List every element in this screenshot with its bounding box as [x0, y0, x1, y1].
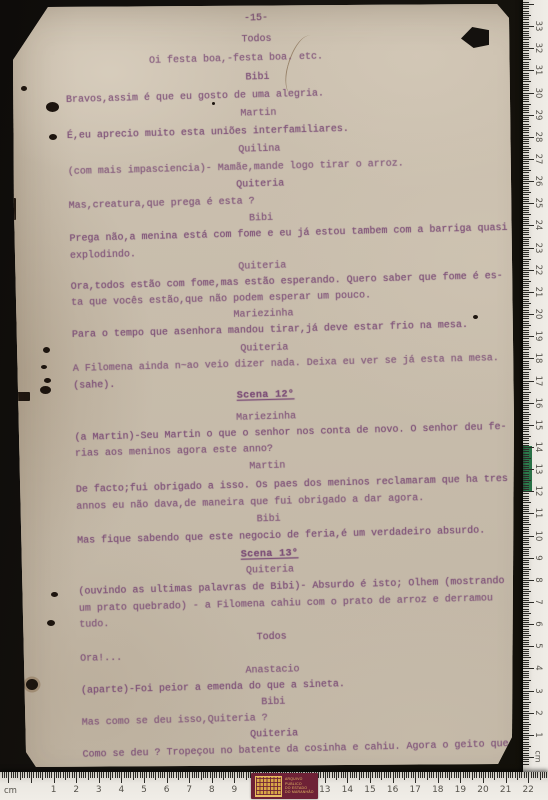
ruler-tick: [523, 553, 529, 554]
ruler-unit-label: cm: [534, 750, 543, 764]
ruler-tick: [523, 206, 529, 207]
ruler-tick: [476, 772, 477, 778]
ruler-tick: [523, 582, 529, 583]
ruler-tick: [523, 722, 529, 723]
ruler-tick: [404, 772, 405, 780]
ruler-tick: [537, 772, 538, 778]
ruler-tick: [481, 772, 482, 778]
ruler-tick: [523, 482, 529, 483]
ruler-tick: [210, 772, 211, 778]
ruler-tick: [523, 496, 529, 497]
ruler-tick: [523, 753, 529, 754]
ruler-tick: [523, 101, 529, 102]
ruler-number: 31: [533, 63, 543, 77]
ruler-tick: [523, 55, 529, 56]
ruler-tick: [523, 516, 529, 517]
ruler-tick: [393, 772, 394, 783]
punch-hole: [26, 679, 38, 690]
ruler-tick: [386, 772, 387, 778]
ruler-number: 3: [91, 785, 107, 795]
ruler-tick: [413, 772, 414, 778]
ruler-tick: [160, 772, 161, 778]
ruler-tick: [424, 772, 425, 778]
ink-spot: [212, 102, 215, 105]
ruler-tick: [88, 772, 89, 780]
ruler-tick: [440, 772, 441, 778]
ruler-tick: [6, 772, 7, 778]
ruler-tick: [33, 772, 34, 778]
ruler-tick: [169, 772, 170, 778]
ruler-tick: [2, 772, 3, 778]
ruler-tick: [523, 155, 529, 156]
ruler-tick: [510, 772, 511, 778]
ruler-tick: [408, 772, 409, 778]
ruler-tick: [130, 772, 131, 778]
ruler-tick: [523, 201, 529, 202]
ruler-tick: [332, 772, 333, 778]
ruler-tick: [338, 772, 339, 778]
ruler-tick: [343, 772, 344, 778]
ruler-tick: [101, 772, 102, 778]
ruler-tick: [523, 551, 529, 552]
ruler-number: 6: [533, 617, 543, 631]
ruler-tick: [167, 772, 168, 783]
ruler-tick: [523, 750, 529, 751]
ruler-tick: [187, 772, 188, 778]
ruler-tick: [523, 361, 529, 362]
ruler-tick: [523, 230, 529, 231]
ruler-tick: [523, 611, 529, 612]
ruler-tick: [523, 190, 529, 191]
ruler-number: 22: [533, 263, 543, 277]
ruler-tick: [467, 772, 468, 778]
ruler-tick: [523, 471, 529, 472]
ruler-tick: [523, 405, 529, 406]
ruler-tick: [523, 604, 529, 605]
ruler-tick: [523, 711, 529, 712]
ruler-tick: [523, 312, 529, 313]
ruler-tick: [523, 283, 529, 284]
ruler-number: 30: [533, 86, 543, 100]
ruler-tick: [460, 772, 461, 783]
ruler-tick: [523, 143, 529, 144]
ruler-tick: [523, 332, 529, 333]
ruler-tick: [523, 531, 529, 532]
ruler-tick: [49, 772, 50, 778]
ruler-tick: [523, 431, 529, 432]
ruler-tick: [523, 265, 529, 266]
ruler-tick: [523, 742, 529, 743]
ruler-tick: [523, 168, 529, 169]
ruler-tick: [523, 354, 529, 355]
ruler-tick: [171, 772, 172, 778]
ruler-number: 9: [533, 551, 543, 565]
ruler-tick: [523, 170, 531, 171]
ruler-tick: [523, 615, 529, 616]
ruler-tick: [15, 772, 16, 778]
ruler-tick: [523, 104, 531, 105]
ruler-tick: [523, 46, 529, 47]
ruler-tick: [194, 772, 195, 778]
ruler-tick: [523, 210, 529, 211]
ruler-tick: [142, 772, 143, 778]
ruler-tick: [523, 250, 529, 251]
ruler-tick: [523, 567, 529, 568]
ink-spot: [40, 386, 51, 394]
ruler-tick: [38, 772, 39, 778]
ruler-tick: [523, 708, 529, 709]
ruler-tick: [472, 772, 473, 780]
ruler-tick: [523, 699, 529, 700]
vertical-cm-ruler: cm 1234567891011121314151617181920212223…: [523, 0, 548, 772]
ruler-tick: [523, 644, 529, 645]
ruler-tick: [128, 772, 129, 778]
ruler-tick: [523, 675, 529, 676]
ruler-tick: [465, 772, 466, 778]
ruler-tick: [523, 13, 529, 14]
ruler-tick: [115, 772, 116, 778]
ruler-tick: [523, 146, 529, 147]
ruler-tick: [523, 434, 529, 435]
ruler-tick: [117, 772, 118, 778]
ruler-tick: [219, 772, 220, 778]
ruler-tick: [327, 772, 328, 778]
ruler-tick: [523, 635, 531, 636]
ruler-tick: [523, 549, 529, 550]
ruler-number: 10: [533, 529, 543, 543]
ruler-tick: [523, 305, 529, 306]
ruler-tick: [523, 128, 529, 129]
ruler-tick: [523, 347, 531, 348]
ruler-tick: [523, 502, 531, 503]
ruler-tick: [523, 130, 529, 131]
ruler-tick: [406, 772, 407, 778]
ruler-number: 19: [533, 329, 543, 343]
ruler-tick: [523, 177, 529, 178]
ruler-tick: [523, 152, 529, 153]
ruler-tick: [531, 772, 532, 778]
ruler-number: 8: [533, 573, 543, 587]
ruler-tick: [523, 451, 529, 452]
ruler-tick: [329, 772, 330, 778]
ruler-tick: [523, 110, 529, 111]
ruler-tick: [523, 527, 529, 528]
ruler-tick: [243, 772, 244, 778]
ruler-tick: [372, 772, 373, 778]
ruler-tick: [363, 772, 364, 778]
ruler-tick: [523, 268, 529, 269]
ruler-number: 6: [159, 785, 175, 795]
ruler-tick: [523, 487, 529, 488]
ruler-tick: [523, 706, 529, 707]
ruler-tick: [523, 365, 529, 366]
ruler-tick: [192, 772, 193, 778]
ruler-tick: [523, 11, 529, 12]
ruler-tick: [523, 456, 529, 457]
ruler-tick: [523, 697, 529, 698]
ruler-tick: [490, 772, 491, 778]
ruler-tick: [523, 245, 529, 246]
ruler-tick: [523, 86, 529, 87]
ruler-tick: [69, 772, 70, 778]
ruler-number: 15: [362, 785, 378, 795]
ruler-tick: [523, 285, 529, 286]
ruler-tick: [523, 396, 529, 397]
ruler-number: 18: [430, 785, 446, 795]
ruler-number: 14: [533, 440, 543, 454]
ruler-tick: [519, 772, 520, 778]
ruler-tick: [523, 135, 529, 136]
ruler-tick: [523, 383, 529, 384]
ruler-tick: [544, 772, 545, 778]
ruler-tick: [523, 671, 529, 672]
ruler-tick: [523, 626, 529, 627]
ruler-tick: [368, 772, 369, 778]
ruler-tick: [433, 772, 434, 778]
ruler-tick: [8, 772, 9, 783]
ruler-tick: [411, 772, 412, 778]
ruler-tick: [207, 772, 208, 778]
ruler-tick: [429, 772, 430, 778]
ruler-tick: [523, 296, 529, 297]
ruler-tick: [523, 119, 529, 120]
ruler-tick: [523, 349, 529, 350]
ruler-tick: [523, 31, 529, 32]
ruler-tick: [523, 520, 529, 521]
ruler-tick: [13, 772, 14, 778]
ruler-tick: [523, 507, 529, 508]
ruler-tick: [523, 655, 529, 656]
ruler-tick: [523, 301, 529, 302]
ruler-tick: [415, 772, 416, 783]
ruler-tick: [54, 772, 55, 783]
ruler-tick: [523, 239, 529, 240]
ruler-tick: [523, 702, 531, 703]
ruler-tick: [524, 772, 525, 778]
ruler-tick: [512, 772, 513, 778]
ruler-tick: [523, 4, 534, 5]
ruler-tick: [523, 84, 529, 85]
ruler-tick: [4, 772, 5, 778]
ruler-tick: [149, 772, 150, 778]
ruler-tick: [523, 591, 531, 592]
ruler-tick: [164, 772, 165, 778]
ruler-tick: [51, 772, 52, 778]
ruler-tick: [366, 772, 367, 778]
ruler-tick: [483, 772, 484, 783]
ruler-tick: [523, 175, 529, 176]
ruler-tick: [523, 522, 529, 523]
ruler-tick: [523, 500, 529, 501]
ink-spot: [14, 392, 30, 401]
ruler-tick: [345, 772, 346, 778]
ruler-tick: [230, 772, 231, 778]
ruler-tick: [42, 772, 43, 780]
ruler-number: 25: [533, 196, 543, 210]
ruler-tick: [523, 299, 529, 300]
ruler-tick: [155, 772, 156, 780]
ruler-tick: [523, 564, 529, 565]
ruler-tick: [523, 272, 529, 273]
ruler-tick: [523, 279, 529, 280]
ruler-number: 22: [520, 785, 536, 795]
ruler-tick: [523, 8, 529, 9]
ruler-tick: [523, 398, 529, 399]
ink-spot: [43, 347, 50, 353]
ruler-tick: [523, 730, 529, 731]
ruler-tick: [523, 737, 529, 738]
ruler-tick: [523, 761, 529, 762]
ruler-tick: [523, 338, 529, 339]
ruler-tick: [58, 772, 59, 778]
ruler-tick: [523, 22, 529, 23]
ruler-tick: [395, 772, 396, 778]
ruler-tick: [523, 97, 529, 98]
ruler-tick: [523, 454, 529, 455]
ruler-number: 9: [226, 785, 242, 795]
ruler-tick: [523, 606, 529, 607]
ruler-tick: [205, 772, 206, 778]
ruler-tick: [523, 90, 529, 91]
ruler-tick: [74, 772, 75, 778]
ruler-tick: [135, 772, 136, 778]
ruler-tick: [523, 420, 529, 421]
ruler-tick: [523, 688, 529, 689]
ruler-tick: [320, 772, 321, 778]
ruler-tick: [485, 772, 486, 778]
ruler-tick: [356, 772, 357, 778]
ruler-tick: [523, 427, 529, 428]
ink-spot: [41, 365, 47, 369]
ruler-tick: [214, 772, 215, 778]
ruler-number: 21: [498, 785, 514, 795]
ruler-tick: [83, 772, 84, 778]
ruler-tick: [241, 772, 242, 778]
ruler-tick: [523, 387, 529, 388]
ruler-tick: [523, 208, 529, 209]
ruler-tick: [442, 772, 443, 778]
ruler-tick: [497, 772, 498, 778]
ruler-tick: [11, 772, 12, 778]
ruler-tick: [523, 542, 529, 543]
ruler-tick: [523, 511, 529, 512]
ruler-tick: [60, 772, 61, 778]
ruler-tick: [523, 254, 529, 255]
ruler-tick: [523, 544, 529, 545]
ruler-number: 11: [533, 506, 543, 520]
ruler-unit-label: cm: [4, 786, 17, 796]
ruler-tick: [523, 660, 529, 661]
ruler-tick: [523, 81, 531, 82]
ruler-tick: [523, 445, 529, 446]
ruler-number: 17: [533, 374, 543, 388]
ruler-tick: [523, 33, 529, 34]
ruler-tick: [523, 653, 529, 654]
ruler-tick: [523, 460, 529, 461]
ruler-tick: [176, 772, 177, 778]
ruler-tick: [246, 772, 247, 780]
ruler-tick: [523, 394, 529, 395]
ruler-number: 29: [533, 108, 543, 122]
ruler-number: 18: [533, 351, 543, 365]
ruler-tick: [492, 772, 493, 778]
ruler-tick: [523, 50, 529, 51]
ruler-tick: [523, 664, 529, 665]
ink-spot: [44, 378, 51, 383]
ruler-tick: [234, 772, 235, 783]
ink-spot: [51, 592, 58, 597]
ruler-tick: [352, 772, 353, 778]
ruler-tick: [523, 157, 529, 158]
ruler-tick: [508, 772, 509, 778]
ruler-tick: [370, 772, 371, 783]
ruler-tick: [523, 662, 529, 663]
ruler-tick: [126, 772, 127, 778]
ruler-tick: [427, 772, 428, 780]
ruler-tick: [36, 772, 37, 778]
ruler-tick: [151, 772, 152, 778]
ruler-tick: [523, 478, 529, 479]
ruler-tick: [323, 772, 324, 778]
ruler-tick: [140, 772, 141, 778]
ruler-tick: [523, 15, 531, 16]
ruler-tick: [523, 443, 529, 444]
ruler-tick: [523, 686, 529, 687]
ruler-tick: [523, 6, 529, 7]
ruler-tick: [523, 62, 529, 63]
ruler-tick: [384, 772, 385, 778]
ruler-tick: [523, 498, 529, 499]
ruler-tick: [523, 341, 529, 342]
ruler-tick: [523, 726, 529, 727]
ruler-tick: [237, 772, 238, 778]
ruler-tick: [523, 68, 529, 69]
ruler-tick: [221, 772, 222, 778]
ruler-tick: [523, 412, 529, 413]
ruler-tick: [523, 467, 529, 468]
ruler-tick: [523, 95, 529, 96]
ruler-tick: [523, 682, 529, 683]
ruler-number: 14: [339, 785, 355, 795]
ruler-tick: [523, 744, 529, 745]
ruler-tick: [506, 772, 507, 783]
ruler-tick: [523, 560, 529, 561]
ruler-tick: [72, 772, 73, 778]
ruler-tick: [523, 228, 529, 229]
ruler-tick: [85, 772, 86, 778]
ruler-tick: [318, 772, 319, 778]
ruler-number: 13: [317, 785, 333, 795]
ruler-number: 7: [181, 785, 197, 795]
ruler-tick: [397, 772, 398, 778]
ruler-tick: [79, 772, 80, 778]
ruler-tick: [523, 261, 529, 262]
ruler-tick: [523, 124, 529, 125]
ruler-tick: [523, 374, 529, 375]
ruler-tick: [523, 232, 529, 233]
ruler-tick: [523, 274, 529, 275]
ruler-tick: [523, 343, 529, 344]
ruler-tick: [469, 772, 470, 778]
ruler-tick: [523, 555, 529, 556]
ruler-tick: [523, 376, 529, 377]
ruler-tick: [523, 677, 529, 678]
ruler-tick: [523, 704, 529, 705]
ruler-tick: [523, 330, 529, 331]
ruler-number: 2: [533, 706, 543, 720]
ruler-tick: [523, 757, 534, 758]
ruler-tick: [523, 407, 529, 408]
